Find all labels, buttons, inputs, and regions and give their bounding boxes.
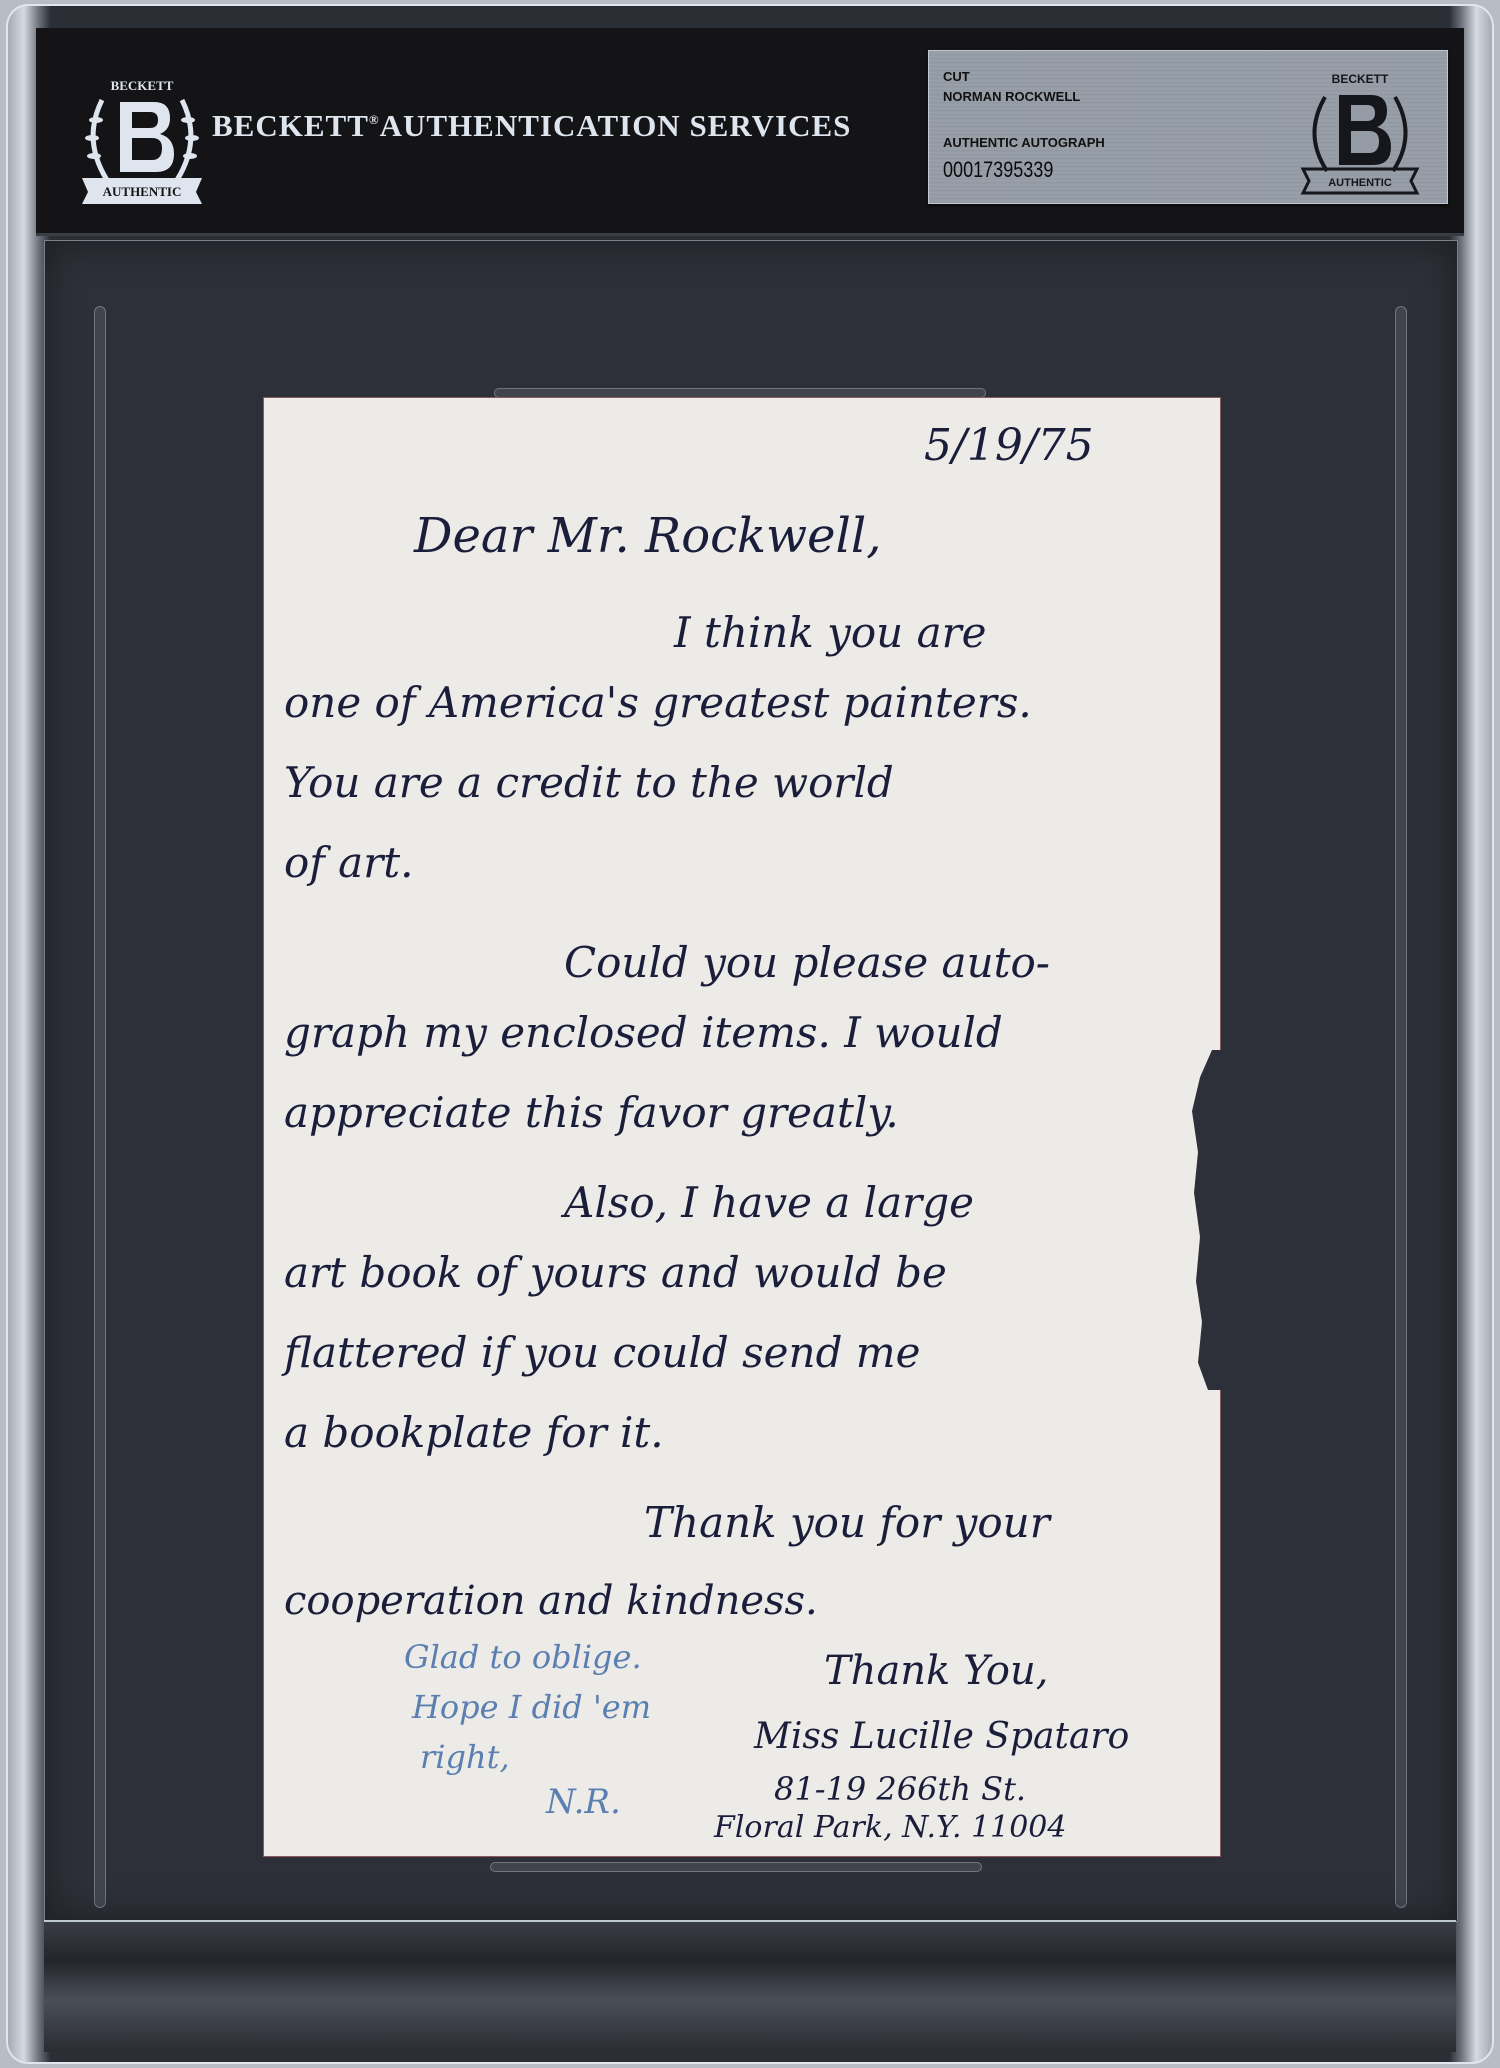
- inscription-line: Glad to oblige.: [404, 1638, 642, 1676]
- letter-line: one of America's greatest painters.: [284, 678, 1032, 727]
- letter-line: graph my enclosed items. I would: [284, 1008, 1003, 1057]
- letter-line: flattered if you could send me: [284, 1328, 920, 1377]
- brand-title: BECKETT®AUTHENTICATION SERVICES: [212, 108, 851, 144]
- letter-date: 5/19/75: [924, 420, 1094, 471]
- inscription-initials: N.R.: [546, 1782, 621, 1822]
- letter-line: appreciate this favor greatly.: [284, 1088, 899, 1137]
- address-line-2: Floral Park, N.Y. 11004: [714, 1810, 1066, 1845]
- letter-line: a bookplate for it.: [284, 1408, 664, 1457]
- inscription-line: Hope I did 'em: [412, 1688, 651, 1726]
- beckett-authentic-logo-icon: BECKETT AUTHENTIC: [72, 60, 212, 210]
- letter-line: Also, I have a large: [564, 1178, 974, 1227]
- right-rail: [1395, 306, 1407, 1908]
- label-subject: NORMAN ROCKWELL: [943, 89, 1080, 104]
- letter-closing: Thank You,: [824, 1648, 1049, 1694]
- certification-label: CUT NORMAN ROCKWELL AUTHENTIC AUTOGRAPH …: [928, 50, 1448, 204]
- label-category: CUT: [943, 69, 970, 84]
- bottom-holder-rail: [490, 1862, 982, 1872]
- letter-line: Thank you for your: [644, 1498, 1050, 1547]
- svg-text:AUTHENTIC: AUTHENTIC: [1328, 177, 1392, 189]
- letter-salutation: Dear Mr. Rockwell,: [414, 508, 882, 564]
- letter-line: You are a credit to the world: [284, 758, 894, 807]
- letter-line: cooperation and kindness.: [284, 1578, 818, 1624]
- slab-bottom-edge: [44, 1920, 1456, 2052]
- letter-signature: Miss Lucille Spataro: [754, 1716, 1129, 1757]
- letter-paper: 5/19/75 Dear Mr. Rockwell, I think you a…: [264, 398, 1220, 1856]
- cert-number: 00017395339: [943, 157, 1053, 183]
- address-line-1: 81-19 266th St.: [774, 1770, 1026, 1808]
- inscription-line: right,: [420, 1738, 510, 1776]
- letter-line: I think you are: [674, 608, 987, 657]
- label-status: AUTHENTIC AUTOGRAPH: [943, 135, 1105, 150]
- top-holder-rail: [494, 388, 986, 398]
- beckett-label-logo-icon: BECKETT AUTHENTIC: [1295, 59, 1425, 197]
- slab-header: BECKETT AUTHENTIC BECKETT®AUTHENTICATION…: [36, 28, 1464, 236]
- svg-text:BECKETT: BECKETT: [111, 78, 174, 93]
- letter-line: art book of yours and would be: [284, 1248, 947, 1297]
- letter-line: Could you please auto-: [564, 938, 1050, 987]
- svg-text:BECKETT: BECKETT: [1332, 72, 1389, 86]
- left-rail: [94, 306, 106, 1908]
- letter-line: of art.: [284, 838, 414, 887]
- svg-text:AUTHENTIC: AUTHENTIC: [103, 184, 182, 199]
